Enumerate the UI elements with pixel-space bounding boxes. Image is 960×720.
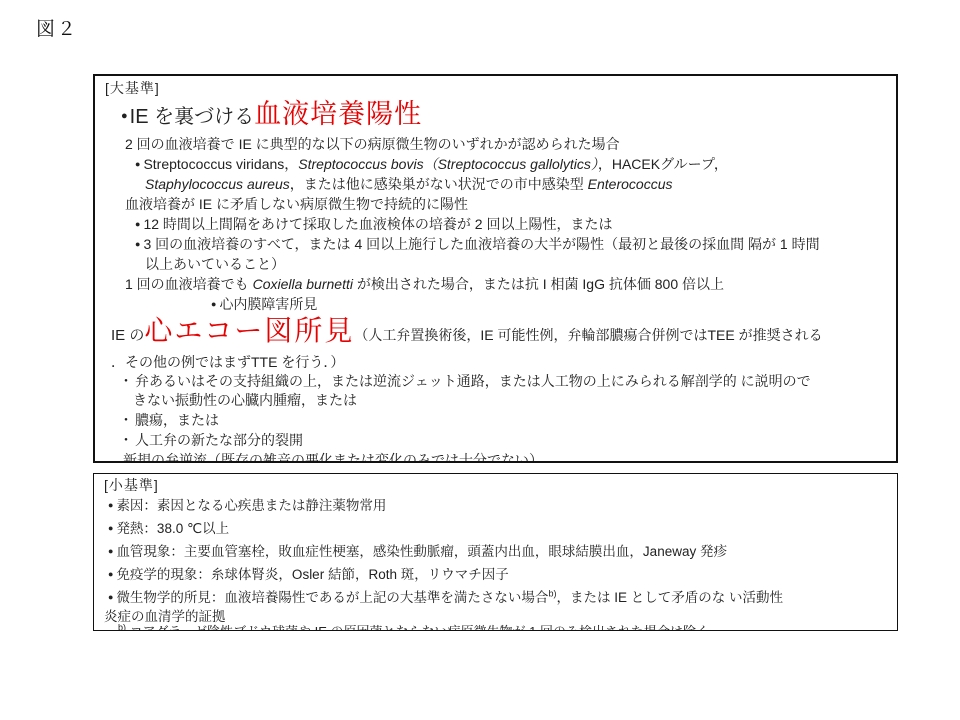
minor-item-text: 微生物学的所見：血液培養陽性であるが上記の大基準を満たさない場合: [116, 590, 548, 605]
organism-seg-italic: Staphylococcus aureus: [145, 176, 290, 192]
twelve-hour-text: 12 時間以上間隔をあけて採取した血液検体の培養が 2 回以上陽性，または: [143, 216, 612, 232]
footnote-line: b) コアグラーゼ陰性ブドウ球菌や IE の原因菌とならない病原微生物が 1 回…: [118, 624, 887, 631]
bullet-icon: ●: [108, 592, 113, 602]
organism-list-line-1: ●Streptococcus viridans，Streptococcus bo…: [135, 154, 886, 174]
abscess-line: ・膿瘍，または: [119, 410, 886, 430]
minor-criteria-box: [小基準] ●素因：素因となる心疾患または静注薬物常用 ●発熱：38.0 ℃以上…: [93, 473, 898, 631]
twelve-hour-line: ●12 時間以上間隔をあけて採取した血液検体の培養が 2 回以上陽性，または: [135, 214, 886, 234]
bullet-icon: ●: [108, 569, 113, 579]
bullet-icon: ●: [135, 239, 140, 249]
bullet-icon: ●: [121, 110, 128, 122]
bullet-icon: ●: [135, 219, 140, 229]
organism-seg-italic: Enterococcus: [588, 176, 673, 192]
vegetation-line: ・弁あるいはその支持組織の上，または逆流ジェット通路，または人工物の上にみられる…: [119, 372, 886, 391]
three-sets-wrap-line: 以上あいていること）: [145, 254, 886, 274]
coxiella-line: 1 回の血液培養でも Coxiella burnetti が検出された場合，また…: [125, 274, 886, 294]
minor-header: [小基準]: [104, 477, 887, 494]
dehiscence-line: ・人工弁の新たな部分的裂開: [119, 430, 886, 450]
minor-item-vascular: ●血管現象：主要血管塞栓，敗血症性梗塞，感染性動脈瘤，頭蓋内出血，眼球結膜出血，…: [108, 540, 887, 563]
footnote-text: コアグラーゼ陰性ブドウ球菌や IE の原因菌とならない病原微生物が 1 回のみ検…: [126, 624, 709, 631]
persistent-positive-line: 血液培養が IE に矛盾しない病原微生物で持続的に陽性: [125, 194, 886, 214]
vegetation-text: 弁あるいはその支持組織の上，または逆流ジェット通路，または人工物の上にみられる解…: [135, 373, 811, 389]
endocardial-text: 心内膜障害所見: [219, 296, 317, 312]
echo-highlight: 心エコー図所見: [144, 315, 354, 346]
organism-seg-italic: Streptococcus bovis（Streptococcus gallol…: [298, 156, 598, 172]
minor-item-fever: ●発熱：38.0 ℃以上: [108, 517, 887, 540]
coxiella-post: が検出された場合，または抗 I 相菌 IgG 抗体価 800 倍以上: [353, 276, 724, 292]
figure-label: 図２: [36, 14, 78, 41]
minor-item-immunologic: ●免疫学的現象：糸球体腎炎，Osler 結節，Roth 斑，リウマチ因子: [108, 563, 887, 586]
three-sets-text: 3 回の血液培養のすべて，または 4 回以上施行した血液培養の大半が陽性（最初と…: [143, 236, 819, 252]
dash-bullet-icon: ・: [119, 373, 133, 389]
bullet-icon: ●: [135, 159, 140, 169]
coxiella-species-italic: Coxiella burnetti: [253, 276, 353, 292]
organism-seg: ，HACEKグループ，: [598, 156, 728, 172]
bullet-icon: ●: [211, 299, 216, 309]
dehiscence-text: 人工弁の新たな部分的裂開: [135, 432, 303, 448]
minor-item-text: 免疫学的現象：糸球体腎炎，Osler 結節，Roth 斑，リウマチ因子: [116, 567, 508, 582]
bullet-icon: ●: [108, 546, 113, 556]
footnote-marker: b): [118, 623, 126, 631]
echo-prefix: IE の: [111, 327, 144, 344]
echocardiogram-heading-wrap: ．その他の例ではまずTTE を行う．）: [111, 352, 886, 372]
coxiella-pre: 1 回の血液培養でも: [125, 276, 253, 292]
minor-item-microbiologic-wrap: 炎症の血清学的証拠: [104, 609, 887, 624]
heading-prefix: IE を裏づける: [130, 106, 254, 128]
endocardial-involvement-line: ●心内膜障害所見: [211, 294, 886, 314]
organism-list-line-2: Staphylococcus aureus，または他に感染巣がない状況での市中感…: [145, 174, 886, 194]
minor-item-text: 血管現象：主要血管塞栓，敗血症性梗塞，感染性動脈瘤，頭蓋内出血，眼球結膜出血，J…: [116, 544, 727, 559]
dash-bullet-icon: ・: [119, 432, 133, 448]
organism-seg: Streptococcus viridans，: [143, 156, 298, 172]
regurgitation-line: 新規の弁逆流（既存の雑音の悪化または変化のみでは十分でない）: [123, 450, 886, 463]
heading-highlight: 血液培養陽性: [254, 99, 422, 129]
echocardiogram-heading: IE の心エコー図所見（人工弁置換術後，IE 可能性例，弁輪部膿瘍合併例ではTE…: [111, 314, 886, 352]
bullet-icon: ●: [108, 500, 113, 510]
echo-paren-a: （人工弁置換術後，IE 可能性例，弁輪部膿瘍合併例ではTEE が推奨される: [354, 327, 822, 343]
abscess-text: 膿瘍，または: [135, 412, 219, 428]
minor-item-microbiologic: ●微生物学的所見：血液培養陽性であるが上記の大基準を満たさない場合b)，または …: [108, 586, 887, 609]
blood-culture-heading: ●IE を裏づける血液培養陽性: [121, 97, 886, 134]
organism-seg: ，または他に感染巣がない状況での市中感染型: [290, 176, 588, 192]
minor-item-text: ，または IE として矛盾のな い活動性: [556, 590, 783, 605]
dash-bullet-icon: ・: [119, 412, 133, 428]
typical-organisms-line: 2 回の血液培養で IE に典型的な以下の病原微生物のいずれかが認められた場合: [125, 134, 886, 154]
bullet-icon: ●: [108, 523, 113, 533]
minor-item-text: 発熱：38.0 ℃以上: [116, 521, 229, 536]
major-header: [大基準]: [105, 80, 886, 97]
minor-item-predisposition: ●素因：素因となる心疾患または静注薬物常用: [108, 494, 887, 517]
major-criteria-box: [大基準] ●IE を裏づける血液培養陽性 2 回の血液培養で IE に典型的な…: [93, 74, 898, 463]
three-sets-line: ●3 回の血液培養のすべて，または 4 回以上施行した血液培養の大半が陽性（最初…: [135, 234, 886, 254]
vegetation-wrap-line: きない振動性の心臓内腫瘤，または: [133, 391, 886, 410]
minor-item-text: 素因：素因となる心疾患または静注薬物常用: [116, 498, 386, 513]
